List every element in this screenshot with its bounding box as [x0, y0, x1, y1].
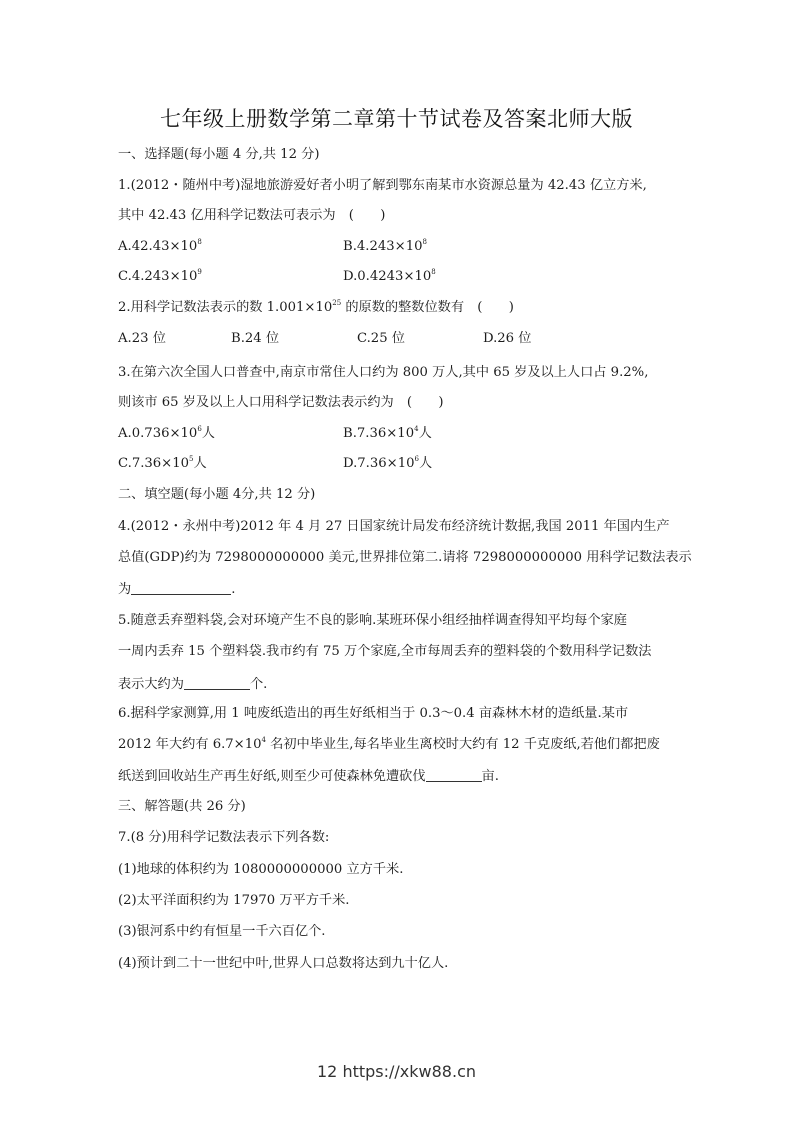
section-heading-fill-in: 二、填空题(每小题 4分,共 12 分) [118, 486, 315, 504]
q1-option-b: B.4.243×108 [343, 238, 427, 256]
q1-option-c: C.4.243×109 [118, 268, 202, 286]
document-page: 七年级上册数学第二章第十节试卷及答案北师大版 一、选择题(每小题 4 分,共 1… [0, 0, 793, 1122]
question-6-line-2: 2012 年大约有 6.7×104 名初中毕业生,每名毕业生离校时大约有 12 … [118, 736, 660, 754]
q1-option-d: D.0.4243×108 [343, 268, 436, 286]
q3-option-a: A.0.736×106人 [118, 425, 215, 443]
question-7-item-2: (2)太平洋面积约为 17970 万平方千米. [118, 892, 349, 910]
question-6-line-3: 纸送到回收站生产再生好纸,则至少可使森林免遭砍伐亩. [118, 767, 499, 786]
q3-option-c: C.7.36×105人 [118, 455, 207, 473]
page-title: 七年级上册数学第二章第十节试卷及答案北师大版 [0, 103, 793, 133]
section-heading-choice: 一、选择题(每小题 4 分,共 12 分) [118, 146, 319, 164]
question-7-stem: 7.(8 分)用科学记数法表示下列各数: [118, 829, 329, 847]
question-4-line-1: 4.(2012・永州中考)2012 年 4 月 27 日国家统计局发布经济统计数… [118, 518, 670, 536]
question-5-line-1: 5.随意丢弃塑料袋,会对环境产生不良的影响.某班环保小组经抽样调查得知平均每个家… [118, 612, 627, 630]
q2-option-b: B.24 位 [231, 330, 279, 348]
q1-option-a: A.42.43×108 [118, 238, 202, 256]
section-heading-solve: 三、解答题(共 26 分) [118, 798, 246, 816]
question-7-item-4: (4)预计到二十一世纪中叶,世界人口总数将达到九十亿人. [118, 955, 448, 973]
q2-option-d: D.26 位 [483, 330, 531, 348]
answer-blank-6 [426, 767, 482, 782]
question-1-line-1: 1.(2012・随州中考)湿地旅游爱好者小明了解到鄂东南某市水资源总量为 42.… [118, 177, 647, 195]
question-5-line-2: 一周内丢弃 15 个塑料袋.我市约有 75 万个家庭,全市每周丢弃的塑料袋的个数… [118, 643, 651, 661]
q3-option-b: B.7.36×104人 [343, 425, 432, 443]
question-7-item-3: (3)银河系中约有恒星一千六百亿个. [118, 923, 326, 941]
q3-option-d: D.7.36×106人 [343, 455, 432, 473]
question-3-line-1: 3.在第六次全国人口普查中,南京市常住人口约为 800 万人,其中 65 岁及以… [118, 364, 648, 382]
question-7-item-1: (1)地球的体积约为 1080000000000 立方千米. [118, 861, 403, 879]
answer-blank-5 [184, 675, 250, 690]
page-footer-watermark: 12 https://xkw88.cn [0, 1062, 793, 1081]
q2-option-a: A.23 位 [118, 330, 166, 348]
question-6-line-1: 6.据科学家测算,用 1 吨废纸造出的再生好纸相当于 0.3～0.4 亩森林木材… [118, 705, 628, 723]
q2-option-c: C.25 位 [357, 330, 405, 348]
question-3-line-2: 则该市 65 岁及以上人口用科学记数法表示约为 ( ) [118, 394, 444, 412]
question-4-line-3: 为. [118, 580, 235, 599]
question-2: 2.用科学记数法表示的数 1.001×1025 的原数的整数位数有 ( ) [118, 299, 514, 317]
question-1-line-2: 其中 42.43 亿用科学记数法可表示为 ( ) [118, 207, 385, 225]
answer-blank-4 [131, 580, 231, 595]
question-5-line-3: 表示大约为个. [118, 675, 267, 694]
question-4-line-2: 总值(GDP)约为 7298000000000 美元,世界排位第二.请将 729… [118, 549, 692, 567]
